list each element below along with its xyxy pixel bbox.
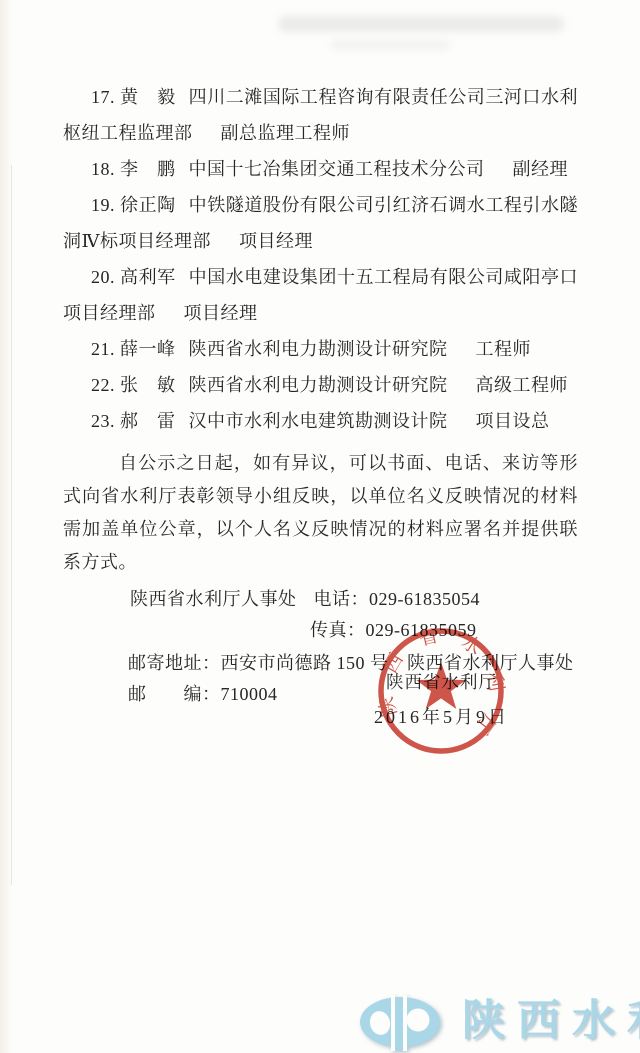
footer-brand-text: 陕西水利 — [462, 995, 640, 1047]
address-label: 邮寄地址： — [128, 653, 221, 673]
entry-name: 张 敏 — [120, 375, 176, 395]
entry-organization: 中国十七冶集团交通工程技术分公司 — [189, 159, 485, 179]
scan-smudge — [330, 40, 450, 50]
phone-number: 029-61835054 — [369, 589, 480, 609]
entry-number: 22. — [91, 375, 115, 395]
list-entry-23: 23.郝 雷汉中市水利水电建筑勘测设计院项目设总 — [63, 403, 578, 439]
entry-title: 项目设总 — [476, 411, 550, 431]
entry-title: 项目经理 — [239, 231, 313, 251]
contact-office-line: 陕西省水利厅人事处电话：029-61835054 — [63, 584, 578, 615]
entry-number: 19. — [91, 195, 115, 215]
entry-name: 薛一峰 — [120, 339, 176, 359]
postcode-value: 710004 — [221, 684, 278, 704]
entry-number: 18. — [91, 159, 115, 179]
entry-title: 项目经理 — [184, 303, 258, 323]
list-entry-18: 18.李 鹏中国十七冶集团交通工程技术分公司副经理 — [63, 151, 578, 187]
document-body: 17.黄 毅四川二滩国际工程咨询有限责任公司三河口水利枢纽工程监理部副总监理工程… — [63, 79, 578, 710]
phone-label: 电话： — [314, 589, 370, 609]
list-entry-22: 22.张 敏陕西省水利电力勘测设计研究院高级工程师 — [63, 367, 578, 403]
scan-smudge — [278, 16, 564, 32]
entry-number: 21. — [91, 339, 115, 359]
fax-label: 传真： — [310, 620, 366, 640]
entry-organization: 汉中市水利水电建筑勘测设计院 — [189, 411, 448, 431]
entry-title: 副总监理工程师 — [221, 123, 351, 143]
entry-organization: 陕西省水利电力勘测设计研究院 — [189, 375, 448, 395]
list-entry-19: 19.徐正陶中铁隧道股份有限公司引红济石调水工程引水隧洞Ⅳ标项目经理部项目经理 — [63, 187, 578, 259]
seal-star-icon — [416, 662, 465, 709]
entry-title: 工程师 — [476, 339, 532, 359]
entry-organization: 陕西省水利电力勘测设计研究院 — [189, 339, 448, 359]
entry-number: 23. — [91, 411, 115, 431]
entry-title: 高级工程师 — [476, 375, 569, 395]
entry-name: 高利军 — [120, 267, 176, 287]
scanned-notice-page: { "entries": [ {"num":"17.","name":"黄 毅"… — [0, 0, 640, 1053]
postcode-label: 邮 编： — [128, 684, 221, 704]
list-entry-21: 21.薛一峰陕西省水利电力勘测设计研究院工程师 — [63, 331, 578, 367]
list-entry-17: 17.黄 毅四川二滩国际工程咨询有限责任公司三河口水利枢纽工程监理部副总监理工程… — [63, 79, 578, 151]
list-entry-20: 20.高利军中国水电建设集团十五工程局有限公司咸阳亭口项目经理部项目经理 — [63, 259, 578, 331]
entry-number: 17. — [91, 87, 115, 107]
entry-number: 20. — [91, 267, 115, 287]
footer-brand: 陕西水利 — [356, 995, 640, 1053]
official-seal: 陕西省水利厅 — [371, 621, 511, 761]
entry-name: 李 鹏 — [120, 159, 176, 179]
entry-title: 副经理 — [513, 159, 569, 179]
entry-name: 徐正陶 — [120, 195, 176, 215]
objection-notice-paragraph: 自公示之日起，如有异议，可以书面、电话、来访等形式向省水利厅表彰领导小组反映，以… — [63, 447, 578, 579]
contact-office: 陕西省水利厅人事处 — [130, 589, 297, 609]
entry-name: 黄 毅 — [120, 87, 176, 107]
water-logo-icon — [356, 995, 448, 1053]
scan-edge-line — [11, 165, 12, 885]
entry-name: 郝 雷 — [120, 411, 176, 431]
